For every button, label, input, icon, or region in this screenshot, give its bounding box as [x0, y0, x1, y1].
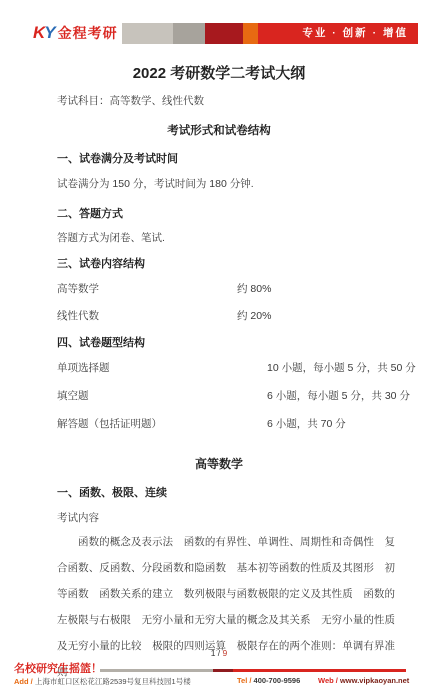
row-label: 填空题: [57, 390, 89, 402]
document-page: KY 金程考研 专业 · 创新 · 增值 2022 考研数学二考试大纲 考试科目…: [0, 0, 438, 692]
footer-line-gray: [100, 669, 213, 672]
row-label: 高等数学: [57, 283, 99, 295]
brand-name: 金程考研: [58, 23, 118, 43]
header-banner: 专业 · 创新 · 增值: [122, 23, 418, 44]
question-type-row: 填空题 6 小题，每小题 5 分，共 30 分: [57, 388, 438, 403]
address-label: Add /: [14, 677, 33, 686]
content-structure-row: 线性代数 约 20%: [57, 308, 438, 323]
chapter1-heading: 一、函数、极限、连续: [57, 484, 167, 500]
section2-body: 答题方式为闭卷、笔试.: [57, 230, 165, 245]
banner-segment-orange: [243, 23, 258, 44]
web-item: Web / www.vipkaoyan.net: [318, 676, 409, 685]
web-label: Web /: [318, 676, 338, 685]
page-current: 1 /: [211, 648, 220, 658]
row-value: 6 小题，每小题 5 分，共 30 分: [267, 388, 410, 403]
row-label: 解答题（包括证明题）: [57, 418, 162, 430]
page-total: 9: [223, 648, 228, 658]
section1-body: 试卷满分为 150 分，考试时间为 180 分钟.: [57, 176, 254, 191]
tel-label: Tel /: [237, 676, 251, 685]
syllabus-paragraph: 函数的概念及表示法 函数的有界性、单调性、周期性和奇偶性 复合函数、反函数、分段…: [57, 529, 395, 685]
banner-segment-gray-dark: [173, 23, 205, 44]
page-number: 1 / 9: [0, 648, 438, 658]
question-type-row: 解答题（包括证明题） 6 小题，共 70 分: [57, 416, 438, 431]
banner-slogan: 专业 · 创新 · 增值: [258, 23, 418, 44]
brand-logo: KY 金程考研: [33, 21, 118, 45]
section3-heading: 三、试卷内容结构: [57, 255, 145, 271]
address-value: 上海市虹口区松花江路2539号复旦科技园1号楼: [35, 677, 191, 686]
footer-line-red: [233, 669, 406, 672]
address-item: Add / 上海市虹口区松花江路2539号复旦科技园1号楼: [14, 677, 191, 686]
exam-content-label: 考试内容: [57, 510, 99, 525]
row-label: 单项选择题: [57, 362, 110, 374]
footer-divider-line: [100, 669, 406, 672]
row-value: 约 80%: [237, 281, 271, 296]
footer-contacts: Add / 上海市虹口区松花江路2539号复旦科技园1号楼 Tel / 400-…: [14, 676, 424, 687]
structure-heading: 考试形式和试卷结构: [0, 122, 438, 138]
banner-segment-darkred: [205, 23, 243, 44]
section2-heading: 二、答题方式: [57, 205, 123, 221]
row-value: 10 小题，每小题 5 分，共 50 分: [267, 360, 416, 375]
footer-line-darkred: [213, 669, 233, 672]
row-value: 约 20%: [237, 308, 271, 323]
tel-value: 400-700-9596: [254, 676, 301, 685]
section4-heading: 四、试卷题型结构: [57, 334, 145, 350]
exam-subjects-line: 考试科目：高等数学、线性代数: [57, 93, 204, 108]
higher-math-heading: 高等数学: [0, 455, 438, 472]
section1-heading: 一、试卷满分及考试时间: [57, 150, 178, 166]
tel-item: Tel / 400-700-9596: [237, 676, 300, 685]
page-title: 2022 考研数学二考试大纲: [0, 62, 438, 83]
web-url-link[interactable]: www.vipkaoyan.net: [340, 676, 409, 685]
row-value: 6 小题，共 70 分: [267, 416, 346, 431]
ky-logo-icon: KY: [33, 23, 55, 43]
row-label: 线性代数: [57, 310, 99, 322]
content-structure-row: 高等数学 约 80%: [57, 281, 438, 296]
question-type-row: 单项选择题 10 小题，每小题 5 分，共 50 分: [57, 360, 438, 375]
footer-slogan: 名校研究生摇篮！: [14, 660, 102, 676]
banner-segment-gray-light: [122, 23, 173, 44]
